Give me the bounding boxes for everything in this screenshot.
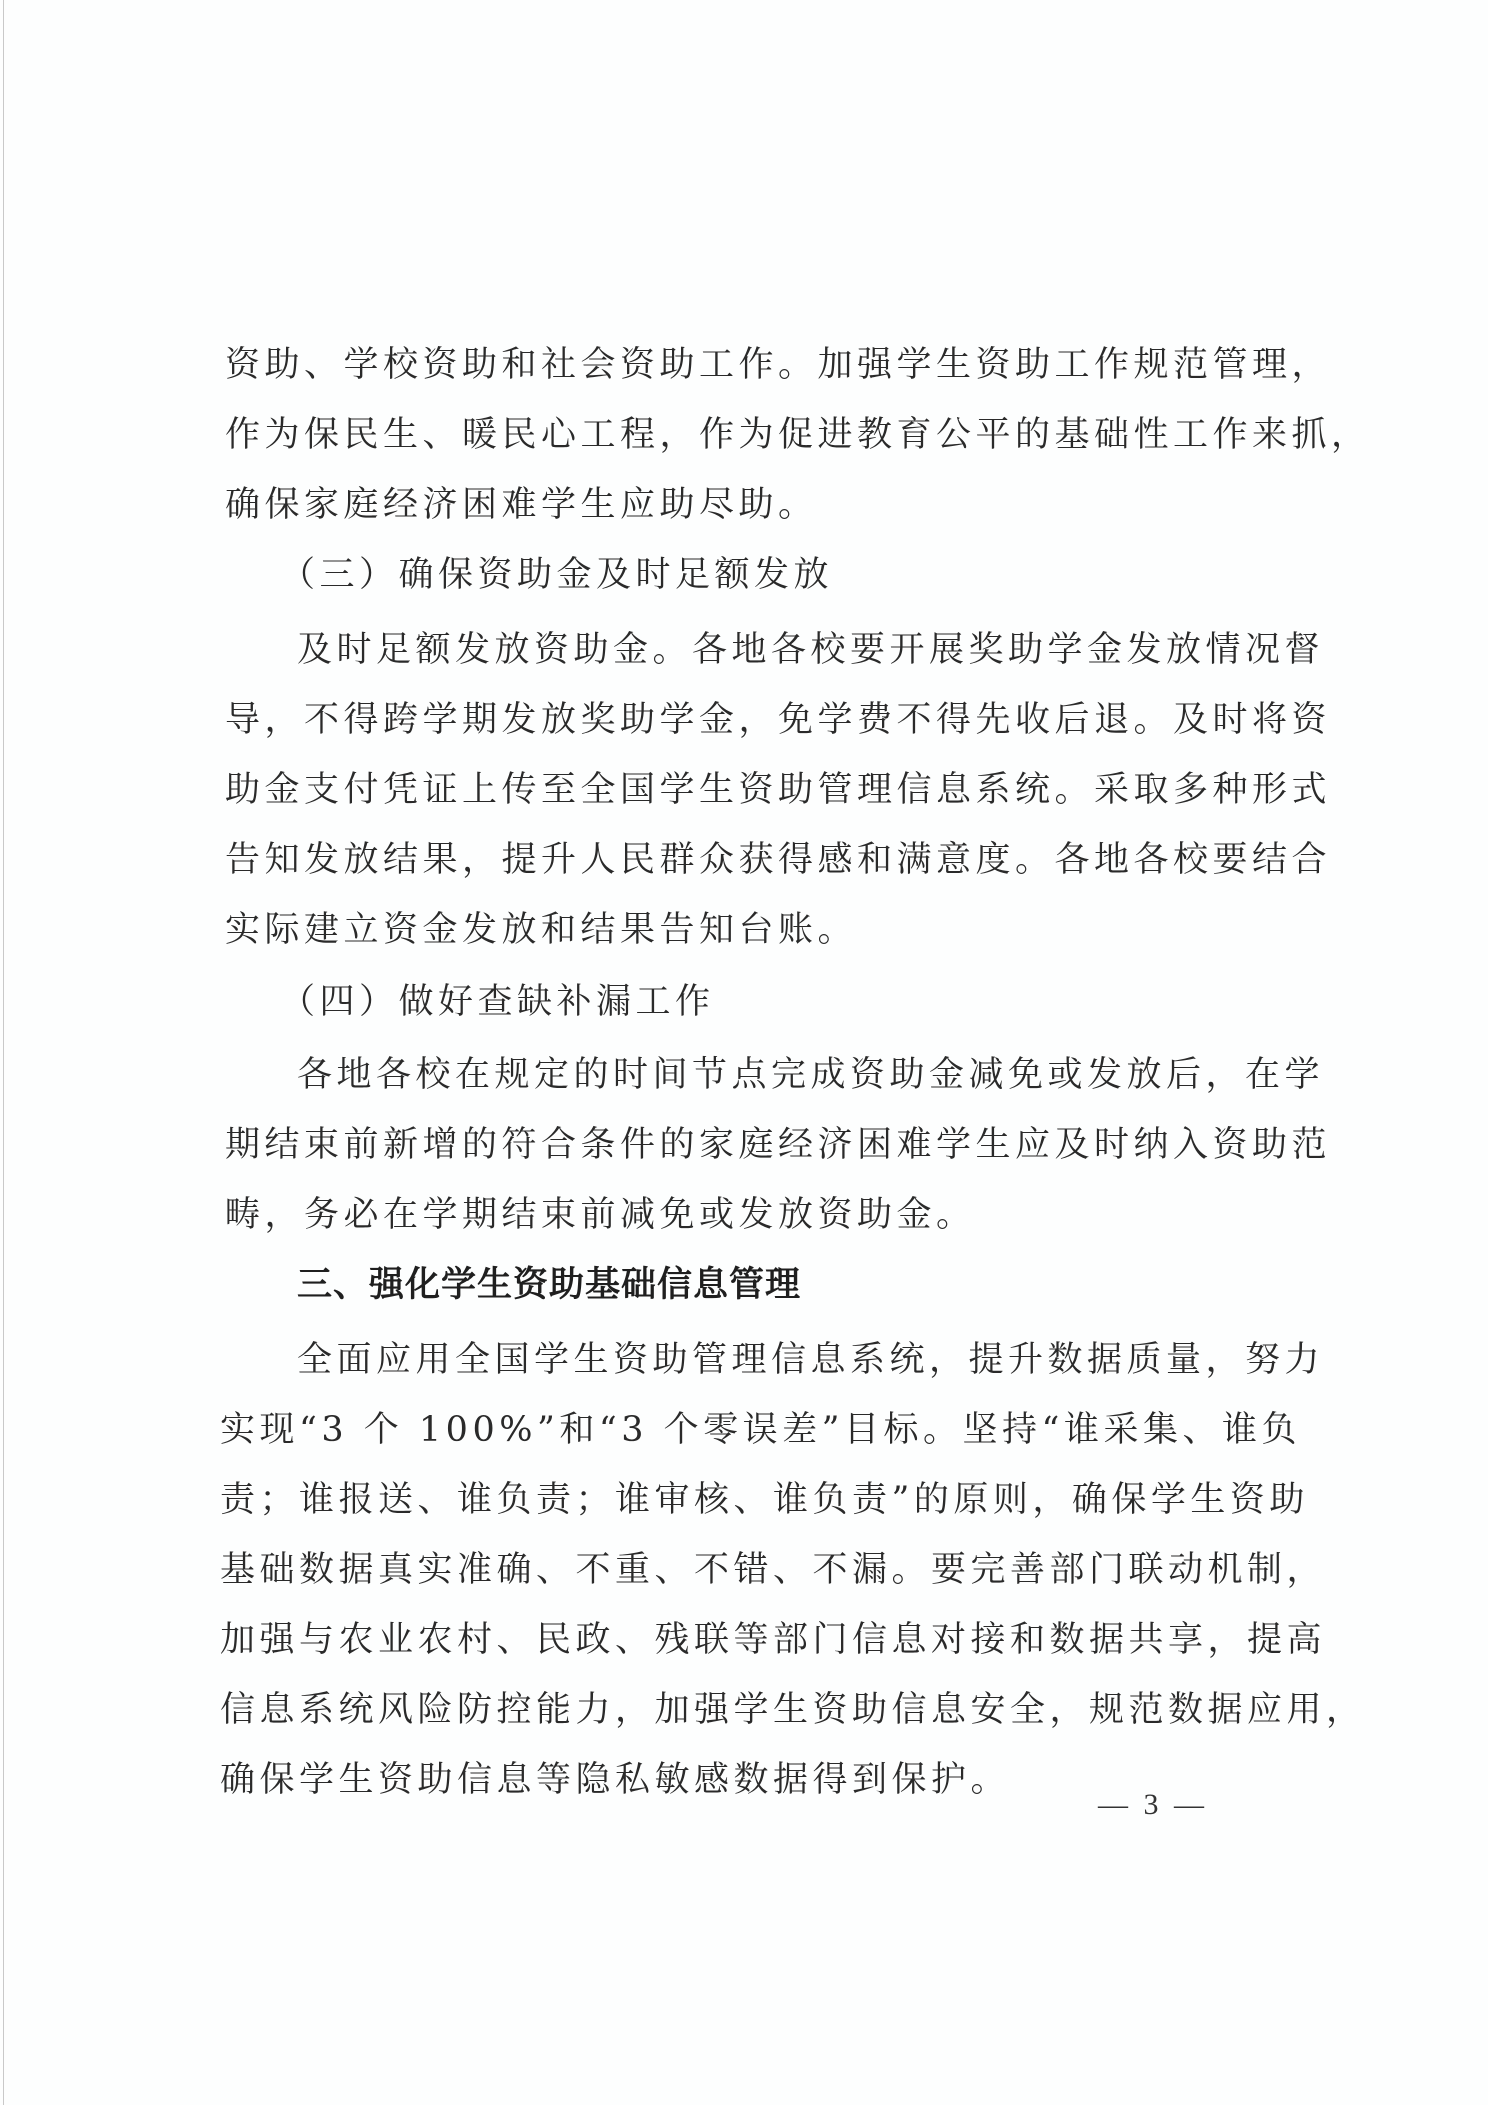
paragraph-line-16: 实现“3 个 100%”和“3 个零误差”目标。坚持“谁采集、谁负 xyxy=(220,1405,1301,1455)
paragraph-line-17: 责；谁报送、谁负责；谁审核、谁负责”的原则，确保学生资助 xyxy=(220,1475,1309,1525)
paragraph-line-19: 加强与农业农村、民政、残联等部门信息对接和数据共享，提高 xyxy=(220,1615,1326,1665)
paragraph-line-13: 畴，务必在学期结束前减免或发放资助金。 xyxy=(225,1190,976,1240)
paragraph-line-9: 实际建立资金发放和结果告知台账。 xyxy=(225,905,857,955)
paragraph-line-21: 确保学生资助信息等隐私敏感数据得到保护。 xyxy=(220,1755,1010,1805)
paragraph-line-7: 助金支付凭证上传至全国学生资助管理信息系统。采取多种形式 xyxy=(225,765,1331,815)
subheading-3: （三）确保资助金及时足额发放 xyxy=(280,550,833,600)
paragraph-line-3: 确保家庭经济困难学生应助尽助。 xyxy=(225,480,818,530)
paragraph-line-15: 全面应用全国学生资助管理信息系统，提升数据质量，努力 xyxy=(297,1335,1324,1385)
paragraph-line-2: 作为保民生、暖民心工程，作为促进教育公平的基础性工作来抓， xyxy=(225,410,1371,460)
paragraph-line-6: 导，不得跨学期发放奖助学金，免学费不得先收后退。及时将资 xyxy=(225,695,1331,745)
scan-edge-line xyxy=(3,0,4,2105)
subheading-4: （四）做好查缺补漏工作 xyxy=(280,977,715,1027)
paragraph-line-1: 资助、学校资助和社会资助工作。加强学生资助工作规范管理， xyxy=(225,340,1331,390)
paragraph-line-5: 及时足额发放资助金。各地各校要开展奖助学金发放情况督 xyxy=(297,625,1324,675)
paragraph-line-18: 基础数据真实准确、不重、不错、不漏。要完善部门联动机制， xyxy=(220,1545,1326,1595)
section-heading-3: 三、强化学生资助基础信息管理 xyxy=(297,1260,801,1310)
paragraph-line-8: 告知发放结果，提升人民群众获得感和满意度。各地各校要结合 xyxy=(225,835,1331,885)
page-number: — 3 — xyxy=(1098,1785,1208,1825)
paragraph-line-20: 信息系统风险防控能力，加强学生资助信息安全，规范数据应用， xyxy=(220,1685,1366,1735)
paragraph-line-12: 期结束前新增的符合条件的家庭经济困难学生应及时纳入资助范 xyxy=(225,1120,1331,1170)
paragraph-line-11: 各地各校在规定的时间节点完成资助金减免或发放后，在学 xyxy=(297,1050,1324,1100)
